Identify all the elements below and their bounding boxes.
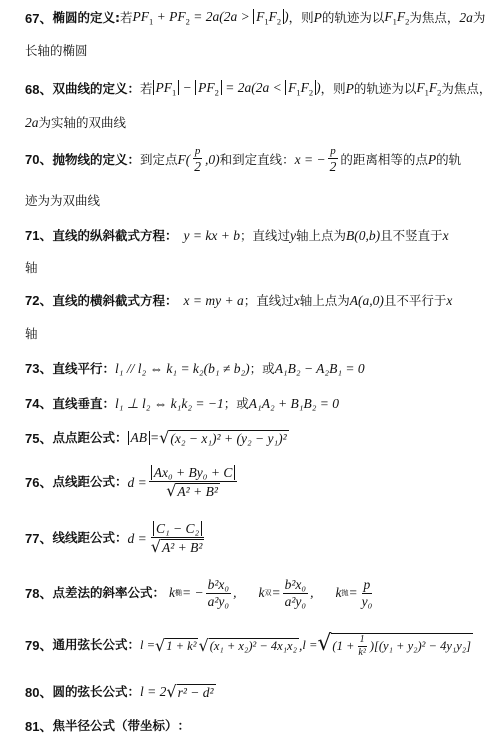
item-68: 68、 双曲线的定义 ： 若 PF1 − PF2 = 2a(2a < F1F2)… xyxy=(25,81,490,97)
formula: l = 2 √r² − d² xyxy=(140,684,216,700)
formula: A₁A₂ + B₁B₂ = 0 xyxy=(249,397,339,411)
item-72-continuation: 轴 xyxy=(25,328,38,341)
item-70: 70、 抛物线的定义 ： 到定点 F(p2,0) 和到定直线： x = −p2 … xyxy=(25,146,461,174)
item-67: 67、 椭圆的定义 : 若 PF1 + PF2 = 2a(2a > F1F2) … xyxy=(25,10,485,26)
item-73: 73、 直线平行 ： l₁ // l₂ ⇔ k₁ = k₂(b₁ ≠ b₂) ；… xyxy=(25,362,365,376)
item-68-continuation: 2a 为实轴的双曲线 xyxy=(25,116,126,130)
item-title: 椭圆的定义 xyxy=(52,12,115,25)
formula: y = kx + b xyxy=(184,229,240,243)
item-81: 81、 焦半径公式（带坐标） ： xyxy=(25,720,190,733)
item-71-continuation: 轴 xyxy=(25,262,38,275)
formula-ellipse-slope: k椭 = − b²x₀a²y₀, xyxy=(169,578,236,608)
item-70-continuation: 迹为为双曲线 xyxy=(25,195,100,208)
formula: d = Ax₀ + By₀ + C√A² + B² xyxy=(128,466,240,499)
item-78: 78、 点差法的斜率公式 ： k椭 = − b²x₀a²y₀, k双 = b²x… xyxy=(25,578,376,608)
formula: l₁ ⊥ l₂ ⇔ k₁k₂ = −1 xyxy=(115,397,224,411)
item-77: 77、 线线距公式 ： d = C₁ − C₂√A² + B² xyxy=(25,522,208,555)
formula: d = C₁ − C₂√A² + B² xyxy=(128,522,209,555)
formula: AB = √(x₂ − x₁)² + (y₂ − y₁)² xyxy=(128,430,289,446)
formula: l = √1 + k² √(x₁ + x₂)² − 4x₁x₂ , l = √(… xyxy=(140,633,473,658)
formula: PF1 − PF2 = 2a(2a < F1F2) xyxy=(153,81,321,97)
item-number: 67、 xyxy=(25,12,52,25)
item-80: 80、 圆的弦长公式 ： l = 2 √r² − d² xyxy=(25,684,216,700)
item-71: 71、 直线的纵斜截式方程 ： y = kx + b ；直线过 y 轴上点为 B… xyxy=(25,229,449,243)
item-67-continuation: 长轴的椭圆 xyxy=(25,45,88,58)
item-79: 79、 通用弦长公式 ： l = √1 + k² √(x₁ + x₂)² − 4… xyxy=(25,633,473,658)
item-76: 76、 点线距公式 ： d = Ax₀ + By₀ + C√A² + B² xyxy=(25,466,239,499)
formula: l₁ // l₂ ⇔ k₁ = k₂(b₁ ≠ b₂) xyxy=(115,362,250,376)
item-75: 75、 点点距公式 ： AB = √(x₂ − x₁)² + (y₂ − y₁)… xyxy=(25,430,289,446)
formula: PF1 + PF2 = 2a(2a > F1F2) xyxy=(133,10,289,26)
formula-parabola-slope: k抛 = py₀ xyxy=(335,578,376,608)
formula: x = my + a xyxy=(184,294,244,308)
formula: A₁B₂ − A₂B₁ = 0 xyxy=(275,362,365,376)
item-72: 72、 直线的横斜截式方程 ： x = my + a ；直线过 x 轴上点为 A… xyxy=(25,294,452,308)
item-74: 74、 直线垂直 ： l₁ ⊥ l₂ ⇔ k₁k₂ = −1 ；或 A₁A₂ +… xyxy=(25,397,339,411)
formula-hyperbola-slope: k双 = b²x₀a²y₀, xyxy=(258,578,313,608)
